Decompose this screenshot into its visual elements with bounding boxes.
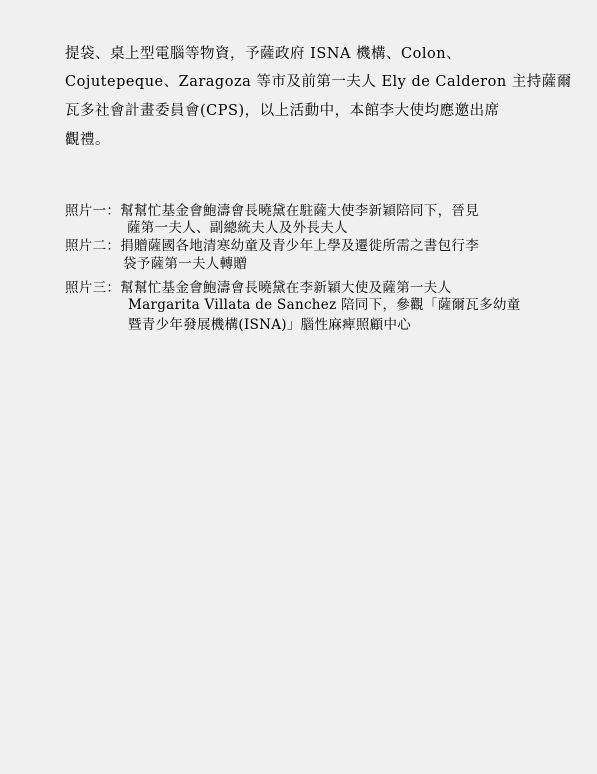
- paragraph-line-1: 提袋、桌上型電腦等物資，予薩政府 ISNA 機構、Colon、: [65, 45, 461, 63]
- caption-text: 幫幫忙基金會鮑濤會長曉黛在駐薩大使李新穎陪同下，晉見: [120, 203, 479, 219]
- photo-caption-1-cont: 薩第一夫人、副總統夫人及外長夫人: [127, 220, 348, 237]
- paragraph-line-4: 觀禮。: [65, 131, 110, 149]
- photo-caption-2-cont: 袋予薩第一夫人轉贈: [123, 256, 247, 273]
- caption-text: 捐贈薩國各地清寒幼童及青少年上學及遷徙所需之書包行李: [120, 238, 479, 254]
- caption-label: 照片一：: [65, 203, 120, 220]
- caption-label: 照片二：: [65, 238, 120, 255]
- photo-caption-3-cont-1: Margarita Villata de Sanchez 陪同下，參觀「薩爾瓦多…: [128, 297, 521, 314]
- photo-caption-3: 照片三：幫幫忙基金會鮑濤會長曉黛在李新穎大使及薩第一夫人: [65, 280, 451, 297]
- document-page: 提袋、桌上型電腦等物資，予薩政府 ISNA 機構、Colon、 Cojutepe…: [0, 0, 597, 774]
- caption-label: 照片三：: [65, 280, 120, 297]
- photo-caption-3-cont-2: 暨青少年發展機構(ISNA)」腦性麻痺照顧中心: [128, 317, 411, 334]
- photo-caption-2: 照片二：捐贈薩國各地清寒幼童及青少年上學及遷徙所需之書包行李: [65, 238, 479, 255]
- photo-caption-1: 照片一：幫幫忙基金會鮑濤會長曉黛在駐薩大使李新穎陪同下，晉見: [65, 203, 479, 220]
- paragraph-line-2: Cojutepeque、Zaragoza 等市及前第一夫人 Ely de Cal…: [65, 73, 572, 91]
- caption-text: 幫幫忙基金會鮑濤會長曉黛在李新穎大使及薩第一夫人: [120, 280, 451, 296]
- paragraph-line-3: 瓦多社會計畫委員會(CPS)，以上活動中，本館李大使均應邀出席: [65, 102, 500, 120]
